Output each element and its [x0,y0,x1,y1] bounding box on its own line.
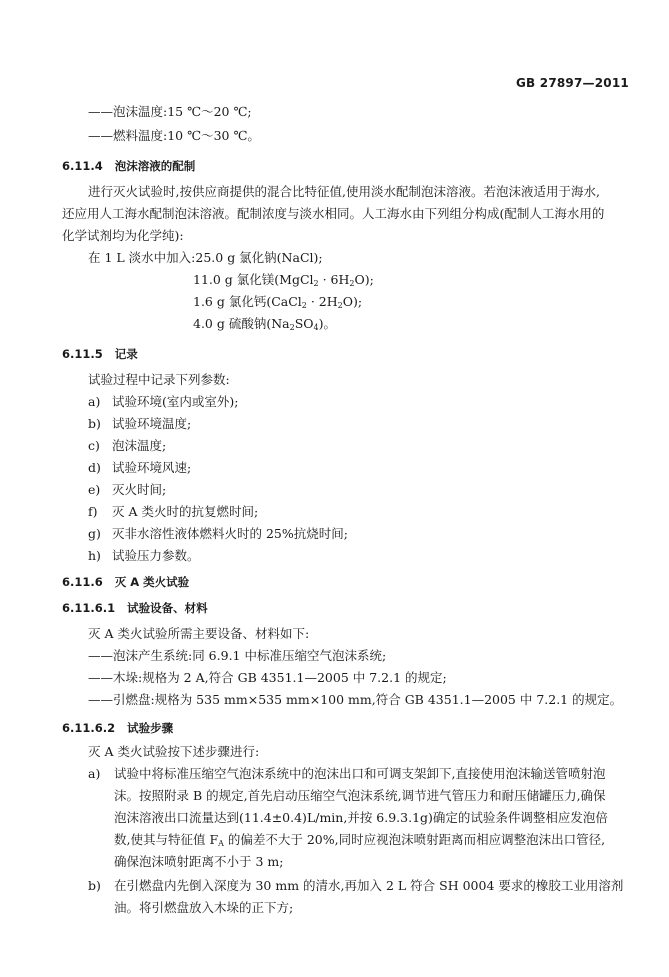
list-item: c)泡沫温度; [88,438,166,454]
paragraph-line: 化学试剂均为化学纯): [62,228,184,244]
recipe-intro: 在 1 L 淡水中加入: [88,250,195,265]
list-item: b)试验环境温度; [88,416,191,432]
list-item: h)试验压力参数。 [88,548,200,564]
paragraph-line: 进行灭火试验时,按供应商提供的混合比特征值,使用淡水配制泡沫溶液。若泡沫液适用于… [88,184,600,200]
section-number: 6.11.4 [62,158,103,174]
section-heading-6-11-5: 6.11.5记录 [62,346,138,362]
step-b-line: 在引燃盘内先倒入深度为 30 mm 的清水,再加入 2 L 符合 SH 0004… [114,878,623,894]
document-id-header: GB 27897—2011 [516,76,629,90]
foam-temperature-line: ——泡沫温度:15 ℃～20 ℃; [88,104,252,120]
recipe-item: 11.0 g 氯化镁(MgCl2 · 6H2O); [193,272,374,288]
step-b-label: b) [88,878,101,894]
step-b-line: 油。将引燃盘放入木垛的正下方; [114,900,293,916]
recipe-line: 在 1 L 淡水中加入:25.0 g 氯化钠(NaCl); [88,250,323,266]
equipment-intro: 灭 A 类火试验所需主要设备、材料如下: [88,626,309,642]
equipment-item: ——木垛:规格为 2 A,符合 GB 4351.1—2005 中 7.2.1 的… [88,670,447,686]
equipment-item: ——泡沫产生系统:同 6.9.1 中标准压缩空气泡沫系统; [88,648,386,664]
recipe-item: 4.0 g 硫酸钠(Na2SO4)。 [193,316,336,332]
step-a-label: a) [88,766,100,782]
step-a-line: 沫。按照附录 B 的规定,首先启动压缩空气泡沫系统,调节进气管压力和耐压储罐压力… [114,788,606,804]
step-a-line: 确保泡沫喷射距离不小于 3 m; [114,854,283,870]
fuel-temperature-line: ——燃料温度:10 ℃～30 ℃。 [88,128,260,144]
section-title: 泡沫溶液的配制 [115,159,196,173]
document-page: GB 27897—2011 ——泡沫温度:15 ℃～20 ℃; ——燃料温度:1… [0,0,669,977]
list-item: f)灭 A 类火时的抗复燃时间; [88,504,258,520]
list-item: e)灭火时间; [88,482,166,498]
section-heading-6-11-6-1: 6.11.6.1试验设备、材料 [62,600,208,616]
recipe-item: 25.0 g 氯化钠(NaCl); [195,250,322,265]
step-a-line: 泡沫溶液出口流量达到(11.4±0.4)L/min,并按 6.9.3.1g)确定… [114,810,608,826]
record-intro: 试验过程中记录下列参数: [88,372,230,388]
step-a-line: 试验中将标准压缩空气泡沫系统中的泡沫出口和可调支架卸下,直接使用泡沫输送管喷射泡 [114,766,605,782]
procedure-intro: 灭 A 类火试验按下述步骤进行: [88,744,259,760]
section-heading-6-11-4: 6.11.4泡沫溶液的配制 [62,158,195,174]
step-a-line: 数,使其与特征值 FA 的偏差不大于 20%,同时应视泡沫喷射距离而相应调整泡沫… [114,832,605,848]
paragraph-line: 还应用人工海水配制泡沫溶液。配制浓度与淡水相同。人工海水由下列组分构成(配制人工… [62,206,604,222]
list-item: g)灭非水溶性液体燃料火时的 25%抗烧时间; [88,526,348,542]
section-heading-6-11-6: 6.11.6灭 A 类火试验 [62,574,189,590]
list-item: d)试验环境风速; [88,460,191,476]
list-item: a)试验环境(室内或室外); [88,394,238,410]
equipment-item: ——引燃盘:规格为 535 mm×535 mm×100 mm,符合 GB 435… [88,692,622,708]
section-heading-6-11-6-2: 6.11.6.2试验步骤 [62,720,173,736]
recipe-item: 1.6 g 氯化钙(CaCl2 · 2H2O); [193,294,362,310]
